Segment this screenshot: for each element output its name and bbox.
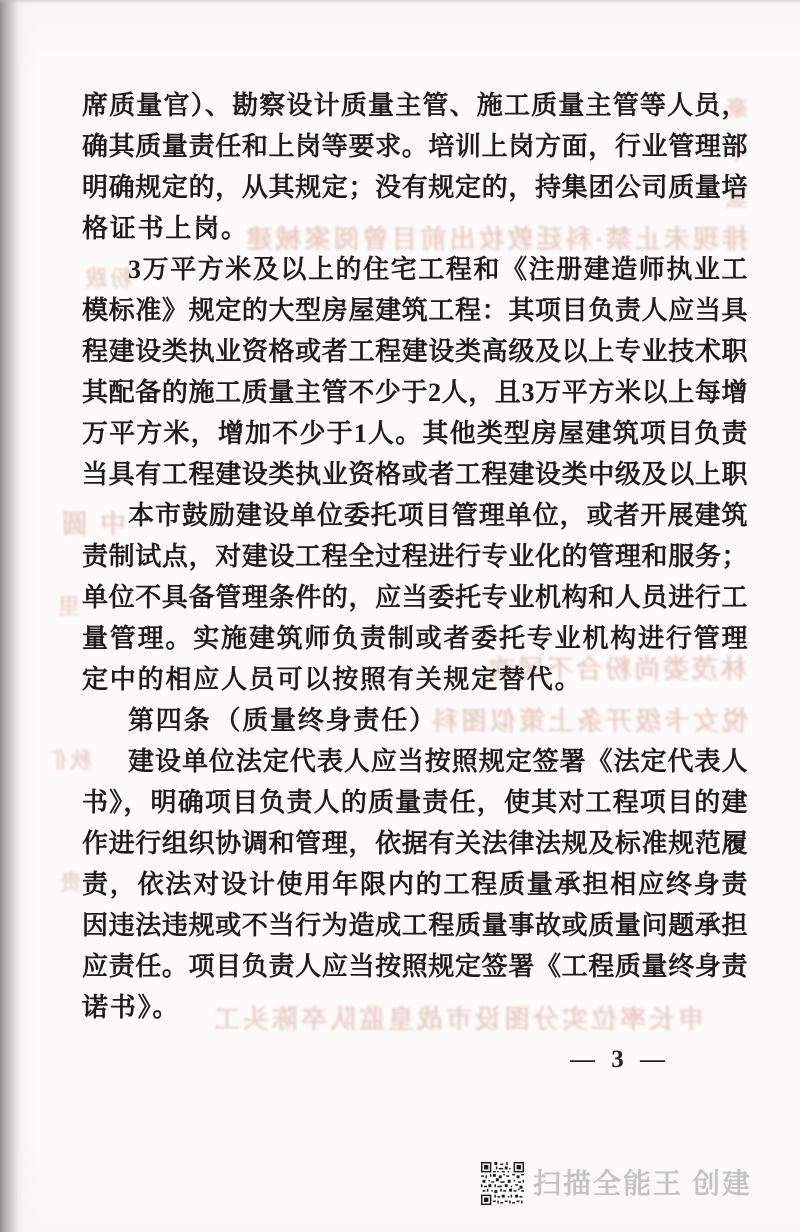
article-number: 第四条	[128, 706, 211, 735]
text-line: 责，依法对设计使用年限内的工程质量承担相应终身责任，对	[82, 864, 748, 905]
text-line: 责制试点，对建设工程全过程进行专业化的管理和服务；建设	[82, 536, 748, 577]
scanner-watermark-label: 扫描全能王 创建	[533, 1162, 752, 1202]
text-line: 书》，明确项目负责人的质量责任，使其对工程项目的建设工	[82, 782, 748, 823]
scan-edge-shadow-left	[0, 0, 22, 1232]
text-line: 因违法违规或不当行为造成工程质量事故或质量问题承担相	[82, 905, 748, 946]
paragraph-group-2: 建设单位法定代表人应当按照规定签署《法定代表人授权 书》，明确项目负责人的质量责…	[82, 741, 748, 1028]
text-line: 3万平方米及以上的住宅工程和《注册建造师执业工程规	[82, 249, 748, 290]
paragraph-group-1: 席质量官）、勘察设计质量主管、施工质量主管等人员，并明 确其质量责任和上岗等要求…	[82, 85, 748, 700]
ink-bleedthrough: 里	[46, 590, 80, 624]
text-line: 建设单位法定代表人应当按照规定签署《法定代表人授权	[82, 741, 748, 782]
text-line: 本市鼓励建设单位委托项目管理单位，或者开展建筑师负	[82, 495, 748, 536]
scan-edge-shadow-top	[0, 0, 800, 4]
text-line: 模标准》规定的大型房屋建筑工程：其项目负责人应当具有工	[82, 290, 748, 331]
text-line: 应责任。项目负责人应当按照规定签署《工程质量终身责任承	[82, 946, 748, 987]
document-body: 席质量官）、勘察设计质量主管、施工质量主管等人员，并明 确其质量责任和上岗等要求…	[82, 85, 748, 1028]
page-number: — 3 —	[570, 1046, 670, 1074]
text-line: 单位不具备管理条件的，应当委托专业机构和人员进行工程质	[82, 577, 748, 618]
text-line: 其配备的施工质量主管不少于2人，且3万平方米以上每增加10	[82, 372, 748, 413]
text-line: 程建设类执业资格或者工程建设类高级及以上专业技术职称；	[82, 331, 748, 372]
qr-code-icon	[481, 1162, 524, 1205]
text-line: 席质量官）、勘察设计质量主管、施工质量主管等人员，并明	[82, 85, 748, 126]
ink-bleedthrough: 贵	[48, 866, 82, 900]
text-line: 明确规定的，从其规定；没有规定的，持集团公司质量培训合	[82, 167, 748, 208]
text-line: 量管理。实施建筑师负责制或者委托专业机构进行管理的，规	[82, 618, 748, 659]
text-line: 诺书》。	[82, 987, 748, 1028]
article-heading: 第四条（质量终身责任）	[82, 700, 748, 741]
text-line: 定中的相应人员可以按照有关规定替代。	[82, 659, 748, 700]
text-line: 格证书上岗。	[82, 208, 748, 249]
text-line: 作进行组织协调和管理，依据有关法律法规及标准规范履行职	[82, 823, 748, 864]
text-line: 当具有工程建设类执业资格或者工程建设类中级及以上职称。	[82, 454, 748, 495]
text-line: 确其质量责任和上岗等要求。培训上岗方面，行业管理部门有	[82, 126, 748, 167]
article-title: （质量终身责任）	[214, 706, 436, 735]
text-line: 万平方米，增加不少于1人。其他类型房屋建筑项目负责人应	[82, 413, 748, 454]
